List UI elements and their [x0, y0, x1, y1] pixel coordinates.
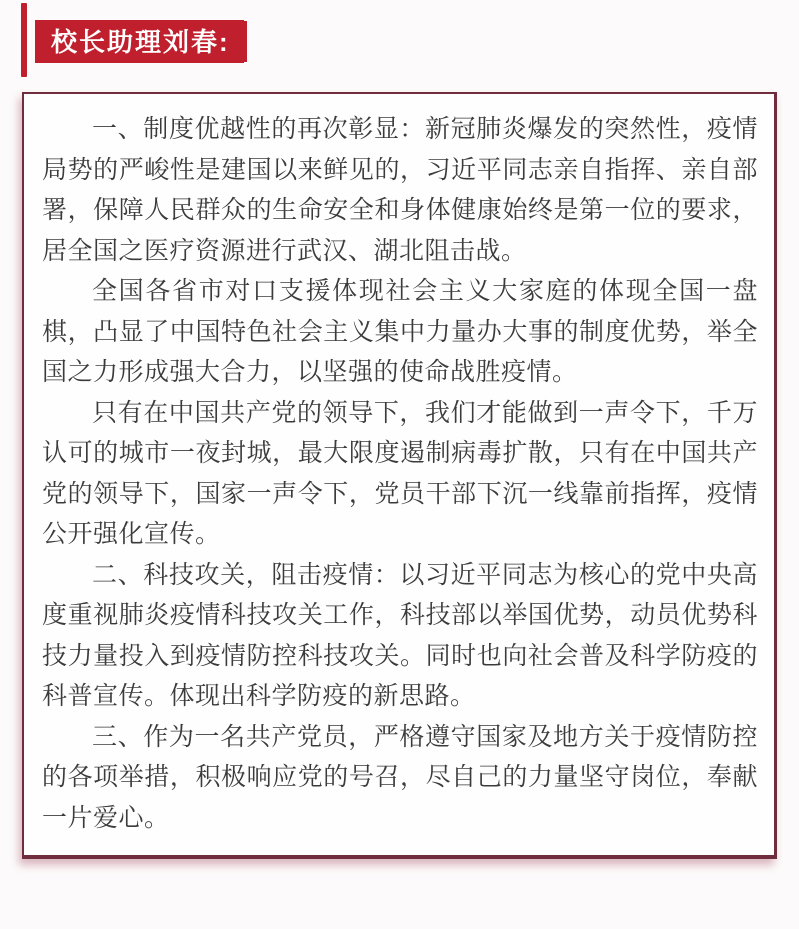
bar-stroke-icon — [242, 21, 247, 62]
header: 校长助理刘春: — [0, 0, 799, 80]
paragraph-5: 三、作为一名共产党员，严格遵守国家及地方关于疫情防控的各项举措，积极响应党的号召… — [42, 717, 758, 839]
paragraph-2: 全国各省市对口支援体现社会主义大家庭的体现全国一盘棋，凸显了中国特色社会主义集中… — [42, 271, 758, 393]
paragraph-4: 二、科技攻关，阻击疫情：以习近平同志为核心的党中央高度重视肺炎疫情科技攻关工作，… — [42, 555, 758, 717]
article-box: 一、制度优越性的再次彰显：新冠肺炎爆发的突然性，疫情局势的严峻性是建国以来鲜见的… — [22, 92, 777, 859]
double-bar-icon — [234, 21, 247, 62]
author-badge-label: 校长助理刘春: — [51, 22, 230, 59]
page: 校长助理刘春: 一、制度优越性的再次彰显：新冠肺炎爆发的突然性，疫情局势的严峻性… — [0, 0, 799, 929]
left-accent-bar-icon — [21, 3, 27, 77]
author-badge: 校长助理刘春: — [35, 20, 244, 63]
paragraph-1: 一、制度优越性的再次彰显：新冠肺炎爆发的突然性，疫情局势的严峻性是建国以来鲜见的… — [42, 109, 758, 271]
paragraph-3: 只有在中国共产党的领导下，我们才能做到一声令下，千万认可的城市一夜封城，最大限度… — [42, 393, 758, 555]
bar-stroke-icon — [234, 21, 239, 62]
